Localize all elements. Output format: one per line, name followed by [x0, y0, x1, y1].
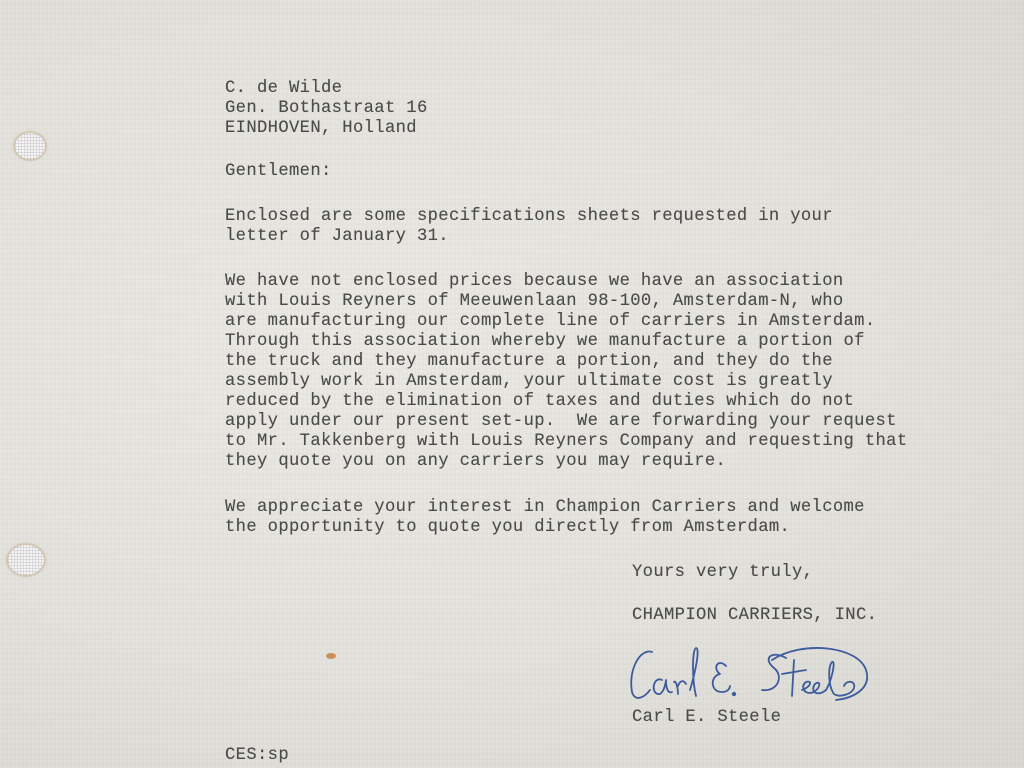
- body-line: are manufacturing our complete line of c…: [225, 312, 876, 332]
- signer-name: Carl E. Steele: [632, 708, 781, 728]
- handwritten-signature: [622, 640, 872, 710]
- company-name: CHAMPION CARRIERS, INC.: [632, 606, 877, 626]
- recipient-street: Gen. Bothastraat 16: [225, 99, 428, 119]
- salutation: Gentlemen:: [225, 162, 332, 182]
- rust-stain: [326, 653, 336, 659]
- body-line: reduced by the elimination of taxes and …: [225, 392, 854, 412]
- body-line: the opportunity to quote you directly fr…: [225, 518, 790, 538]
- punch-hole-bottom: [8, 545, 44, 575]
- punch-hole-top: [15, 133, 45, 159]
- body-line: Through this association whereby we manu…: [225, 332, 865, 352]
- body-line: We have not enclosed prices because we h…: [225, 272, 844, 292]
- reference-initials: CES:sp: [225, 746, 289, 766]
- body-line: the truck and they manufacture a portion…: [225, 352, 833, 372]
- body-line: apply under our present set-up. We are f…: [225, 412, 897, 432]
- body-line: they quote you on any carriers you may r…: [225, 452, 726, 472]
- closing: Yours very truly,: [632, 563, 813, 583]
- body-line: to Mr. Takkenberg with Louis Reyners Com…: [225, 432, 908, 452]
- body-line: We appreciate your interest in Champion …: [225, 498, 865, 518]
- recipient-name: C. de Wilde: [225, 79, 342, 99]
- recipient-city: EINDHOVEN, Holland: [225, 119, 417, 139]
- body-line: with Louis Reyners of Meeuwenlaan 98-100…: [225, 292, 844, 312]
- body-line: letter of January 31.: [225, 227, 449, 247]
- body-line: assembly work in Amsterdam, your ultimat…: [225, 372, 833, 392]
- body-line: Enclosed are some specifications sheets …: [225, 207, 833, 227]
